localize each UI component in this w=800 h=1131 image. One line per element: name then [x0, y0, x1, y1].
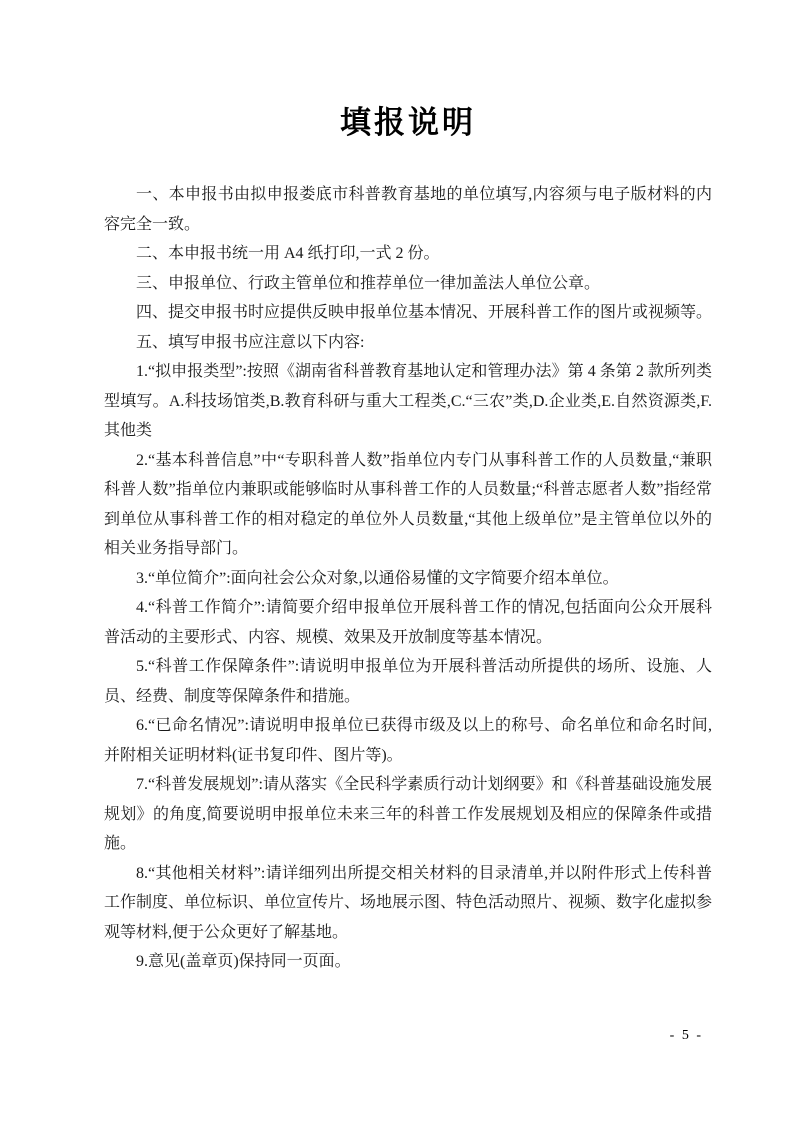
paragraph-note-7: 7.“科普发展规划”:请从落实《全民科学素质行动计划纲要》和《科普基础设施发展规… [104, 770, 712, 859]
paragraph-note-1: 1.“拟申报类型”:按照《湖南省科普教育基地认定和管理办法》第 4 条第 2 款… [104, 357, 712, 446]
paragraph-instruction-2: 二、本申报书统一用 A4 纸打印,一式 2 份。 [104, 239, 712, 269]
paragraph-instruction-4: 四、提交申报书时应提供反映申报单位基本情况、开展科普工作的图片或视频等。 [104, 298, 712, 328]
page-title: 填报说明 [0, 0, 800, 141]
paragraph-note-6: 6.“已命名情况”:请说明申报单位已获得市级及以上的称号、命名单位和命名时间,并… [104, 711, 712, 770]
paragraph-instruction-3: 三、申报单位、行政主管单位和推荐单位一律加盖法人单位公章。 [104, 269, 712, 299]
paragraph-note-9: 9.意见(盖章页)保持同一页面。 [104, 947, 712, 977]
paragraph-instruction-5: 五、填写申报书应注意以下内容: [104, 328, 712, 358]
paragraph-note-5: 5.“科普工作保障条件”:请说明申报单位为开展科普活动所提供的场所、设施、人员、… [104, 652, 712, 711]
document-body: 一、本申报书由拟申报娄底市科普教育基地的单位填写,内容须与电子版材料的内容完全一… [0, 180, 800, 977]
paragraph-instruction-1: 一、本申报书由拟申报娄底市科普教育基地的单位填写,内容须与电子版材料的内容完全一… [104, 180, 712, 239]
page-number: - 5 - [670, 1028, 703, 1044]
paragraph-note-8: 8.“其他相关材料”:请详细列出所提交相关材料的目录清单,并以附件形式上传科普工… [104, 859, 712, 948]
document-page: 填报说明 一、本申报书由拟申报娄底市科普教育基地的单位填写,内容须与电子版材料的… [0, 0, 800, 1131]
paragraph-note-3: 3.“单位简介”:面向社会公众对象,以通俗易懂的文字简要介绍本单位。 [104, 564, 712, 594]
paragraph-note-4: 4.“科普工作简介”:请简要介绍申报单位开展科普工作的情况,包括面向公众开展科普… [104, 593, 712, 652]
paragraph-note-2: 2.“基本科普信息”中“专职科普人数”指单位内专门从事科普工作的人员数量,“兼职… [104, 446, 712, 564]
